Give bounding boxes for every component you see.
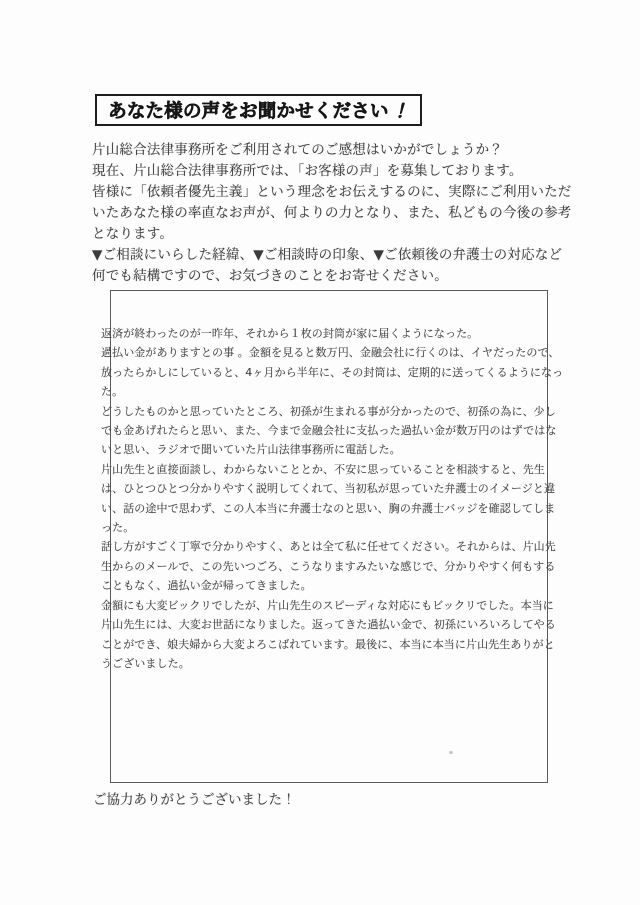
response-line: 話し方がすごく丁寧で分かりやすく、あとは全て私に任せてください。それからは、片山… xyxy=(101,537,561,556)
intro-line: 片山総合法律事務所をご利用されてのご感想はいかがでしょうか？ xyxy=(92,140,572,161)
response-line: 生からのメールで、この先いつごろ、こうなりますみたいな感じで、分かりやすく何もす… xyxy=(101,557,561,576)
page-title-exclamation: ！ xyxy=(390,101,409,122)
response-line: 過払い金がありますとの事 。金額を見ると数万円、金融会社に行くのは、イヤだったの… xyxy=(101,343,561,362)
response-line: 放ったらかしにしていると、4ヶ月から半年に、その封筒は、定期的に送ってくるように… xyxy=(101,363,561,382)
response-line: どうしたものかと思っていたところ、初孫が生まれる事が分かったので、初孫の為に、少… xyxy=(101,402,561,421)
scan-artifact xyxy=(449,751,453,754)
intro-line: 現在、片山総合法律事務所では、「お客様の声」を募集しております。 xyxy=(92,161,572,182)
response-line: うございました。 xyxy=(101,654,561,673)
response-line: った。 xyxy=(101,518,561,537)
response-line: い、話の途中で思わず、この人本当に弁護士なのと思い、胸の弁護士バッジを確認してし… xyxy=(101,499,561,518)
intro-line: ▼ご相談にいらした経緯、▼ご相談時の印象、▼ご依頼後の弁護士の対応など xyxy=(92,245,572,266)
response-line: た。 xyxy=(101,382,561,401)
response-line: こともなく、過払い金が帰ってきました。 xyxy=(101,576,561,595)
customer-response-text: 返済が終わったのが一昨年、それから１枚の封筒が家に届くようになった。 過払い金が… xyxy=(101,324,561,673)
response-line: 金額にも大変ビックリでしたが、片山先生のスピーディな対応にもビックリでした。本当… xyxy=(101,596,561,615)
footer-thanks: ご協力ありがとうございました！ xyxy=(93,790,296,811)
page-title-text: あなた様の声をお聞かせください xyxy=(108,101,389,122)
response-line: いと思い、ラジオで聞いていた片山法律事務所に電話した。 xyxy=(101,440,561,459)
intro-line: 何でも結構ですので、お気づきのことをお寄せください。 xyxy=(92,266,572,287)
response-line: 返済が終わったのが一昨年、それから１枚の封筒が家に届くようになった。 xyxy=(101,324,561,343)
response-line: でも金あげれたらと思い、また、今まで金融会社に支払った過払い金が数万円のはずでは… xyxy=(101,421,561,440)
response-line: は、ひとつひとつ分かりやすく説明してくれて、当初私が思っていた弁護士のイメージと… xyxy=(101,479,561,498)
page-title: あなた様の声をお聞かせください！ xyxy=(108,97,409,123)
intro-line: いたあなた様の率直なお声が、何よりの力となり、また、私どもの今後の参考 xyxy=(92,203,572,224)
response-line: ことができ、娘夫婦から大変よろこばれています。最後に、本当に本当に片山先生ありが… xyxy=(101,635,561,654)
scanned-page: あなた様の声をお聞かせください！ 片山総合法律事務所をご利用されてのご感想はいか… xyxy=(0,0,640,905)
response-line: 片山先生には、大変お世話になりました。返ってきた過払い金で、初孫にいろいろしてや… xyxy=(101,615,561,634)
response-line: 片山先生と直接面談し、わからないこととか、不安に思っていることを相談すると、先生 xyxy=(101,460,561,479)
title-banner: あなた様の声をお聞かせください！ xyxy=(95,94,422,126)
intro-line: 皆様に「依頼者優先主義」という理念をお伝えするのに、実際にご利用いただ xyxy=(92,182,572,203)
intro-line: となります。 xyxy=(92,224,572,245)
intro-paragraph: 片山総合法律事務所をご利用されてのご感想はいかがでしょうか？ 現在、片山総合法律… xyxy=(92,140,572,287)
